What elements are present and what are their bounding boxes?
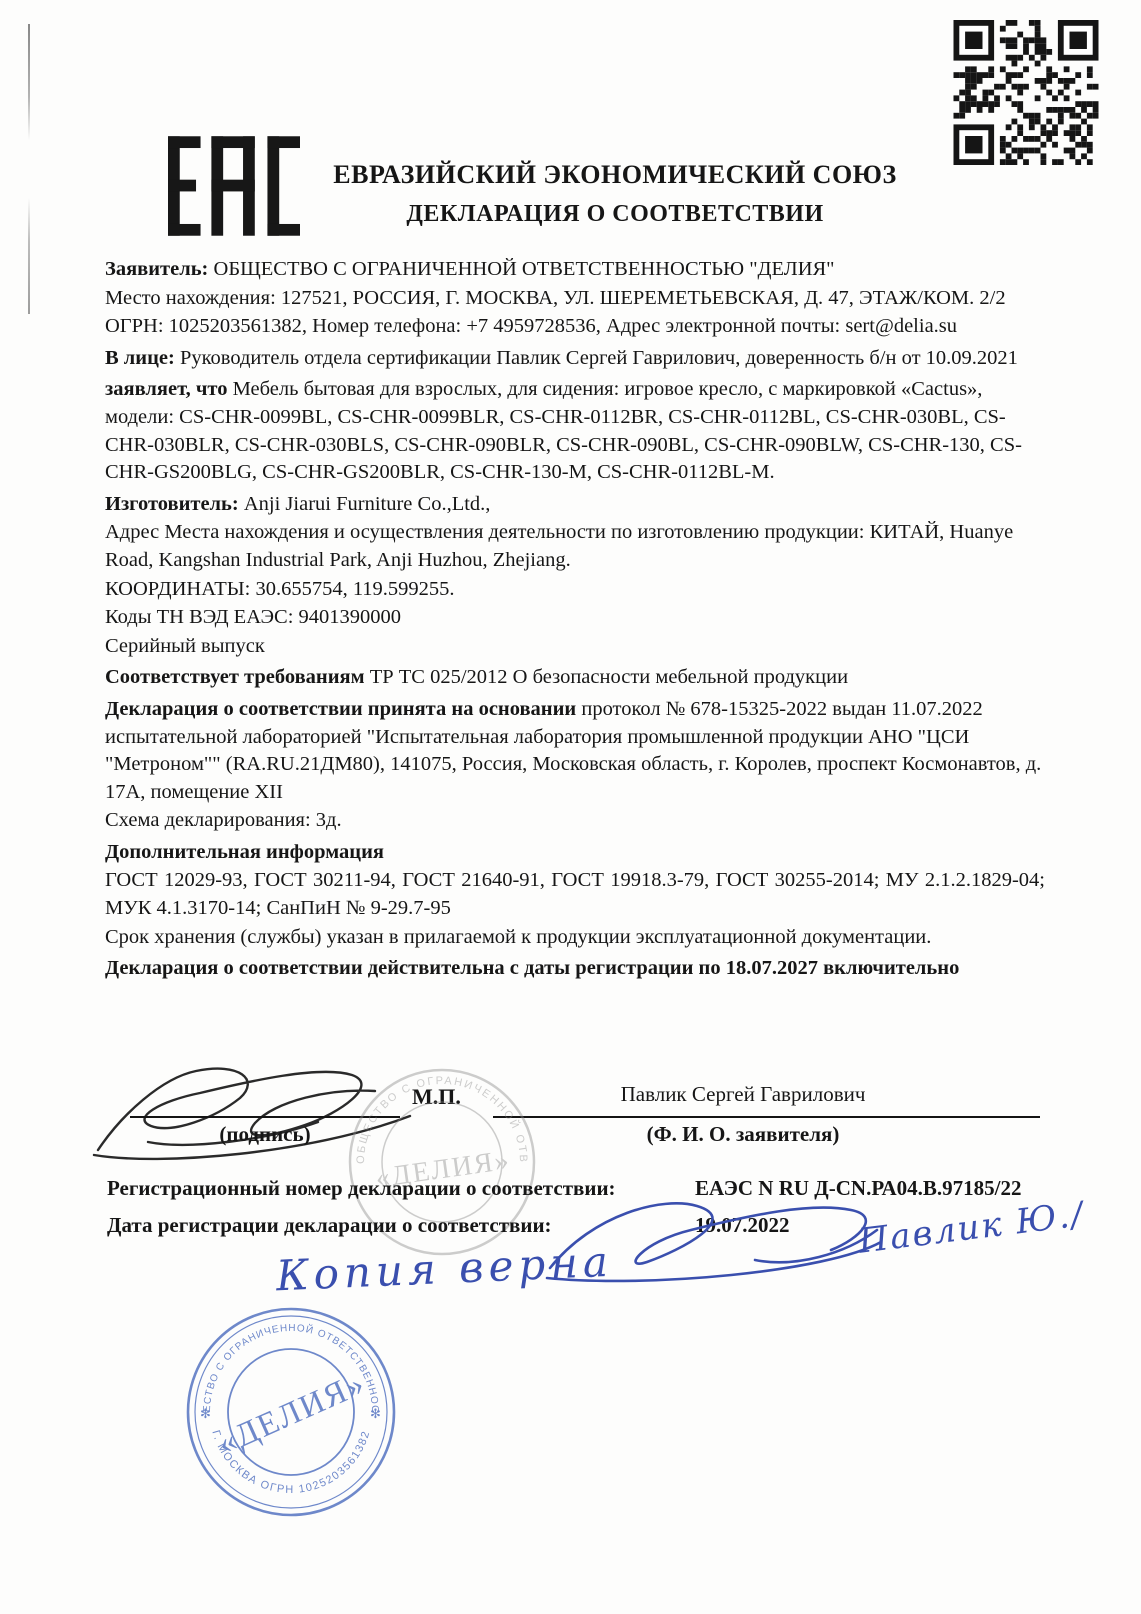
header-title: ЕВРАЗИЙСКИЙ ЭКОНОМИЧЕСКИЙ СОЮЗ — [100, 160, 1130, 190]
registration-date-label: Дата регистрации декларации о соответств… — [107, 1213, 552, 1238]
qr-code — [952, 20, 1100, 165]
document-body: Заявитель: ОБЩЕСТВО С ОГРАНИЧЕННОЙ ОТВЕТ… — [105, 252, 1045, 984]
paragraph-13: Схема декларирования: 3д. — [105, 807, 1045, 835]
paragraph-1-lead: Заявитель: — [105, 258, 208, 280]
paragraph-4-lead: В лице: — [105, 347, 175, 369]
paragraph-2: Место нахождения: 127521, РОССИЯ, Г. МОС… — [105, 285, 1045, 313]
paragraph-14-lead: Дополнительная информация — [105, 841, 384, 863]
paragraph-9-text: Коды ТН ВЭД ЕАЭС: 9401390000 — [105, 606, 401, 628]
paragraph-3-text: ОГРН: 1025203561382, Номер телефона: +7 … — [105, 315, 957, 337]
paragraph-9: Коды ТН ВЭД ЕАЭС: 9401390000 — [105, 604, 1045, 632]
ink-signature-blue — [545, 1190, 885, 1290]
paragraph-5-text: Мебель бытовая для взрослых, для сидения… — [105, 378, 1022, 483]
applicant-caption: (Ф. И. О. заявителя) — [493, 1122, 993, 1147]
paragraph-10-text: Серийный выпуск — [105, 635, 265, 657]
paragraph-10: Серийный выпуск — [105, 633, 1045, 661]
paragraph-11-text: ТР ТС 025/2012 О безопасности мебельной … — [365, 666, 848, 688]
paragraph-17: Декларация о соответствии действительна … — [105, 955, 1045, 983]
paragraph-6-text: Anji Jiarui Furniture Co.,Ltd., — [239, 493, 491, 515]
paragraph-12-lead: Декларация о соответствии принята на осн… — [105, 698, 576, 720]
stamp-star-left-icon: ✻ — [200, 1406, 211, 1421]
applicant-line — [493, 1116, 1040, 1118]
paragraph-16: Срок хранения (службы) указан в прилагае… — [105, 924, 1045, 952]
blue-stamp: ОБЩЕСТВО С ОГРАНИЧЕННОЙ ОТВЕТСТВЕННОСТЬЮ… — [183, 1304, 399, 1520]
paragraph-11: Соответствует требованиям ТР ТС 025/2012… — [105, 664, 1045, 692]
handwritten-name: Павлик Ю./ — [856, 1194, 1086, 1261]
paragraph-7: Адрес Места нахождения и осуществления д… — [105, 519, 1045, 574]
paragraph-1-text: ОБЩЕСТВО С ОГРАНИЧЕННОЙ ОТВЕТСТВЕННОСТЬЮ… — [208, 258, 834, 280]
paragraph-4: В лице: Руководитель отдела сертификации… — [105, 345, 1045, 373]
paragraph-5-lead: заявляет, что — [105, 378, 227, 400]
paragraph-6-lead: Изготовитель: — [105, 493, 239, 515]
paragraph-15-text: ГОСТ 12029-93, ГОСТ 30211-94, ГОСТ 21640… — [105, 869, 1045, 919]
paragraph-13-text: Схема декларирования: 3д. — [105, 809, 342, 831]
paragraph-11-lead: Соответствует требованиям — [105, 666, 365, 688]
paragraph-15: ГОСТ 12029-93, ГОСТ 30211-94, ГОСТ 21640… — [105, 867, 1045, 922]
registration-number-label: Регистрационный номер декларации о соотв… — [107, 1176, 616, 1201]
paragraph-14: Дополнительная информация — [105, 839, 1045, 867]
paragraph-2-text: Место нахождения: 127521, РОССИЯ, Г. МОС… — [105, 287, 1006, 309]
paragraph-8-text: КООРДИНАТЫ: 30.655754, 119.599255. — [105, 578, 455, 600]
paragraph-7-text: Адрес Места нахождения и осуществления д… — [105, 521, 1013, 571]
paragraph-1: Заявитель: ОБЩЕСТВО С ОГРАНИЧЕННОЙ ОТВЕТ… — [105, 256, 1045, 284]
stamp-star-right-icon: ✻ — [370, 1406, 381, 1421]
paragraph-17-lead: Декларация о соответствии действительна … — [105, 957, 959, 979]
paragraph-4-text: Руководитель отдела сертификации Павлик … — [175, 347, 1018, 369]
paragraph-12: Декларация о соответствии принята на осн… — [105, 696, 1045, 806]
paragraph-16-text: Срок хранения (службы) указан в прилагае… — [105, 926, 931, 948]
header-subtitle: ДЕКЛАРАЦИЯ О СООТВЕТСТВИИ — [100, 201, 1130, 228]
scan-scratch-mark — [28, 24, 30, 314]
paragraph-3: ОГРН: 1025203561382, Номер телефона: +7 … — [105, 313, 1045, 341]
paragraph-6: Изготовитель: Anji Jiarui Furniture Co.,… — [105, 491, 1045, 519]
declaration-document: ЕВРАЗИЙСКИЙ ЭКОНОМИЧЕСКИЙ СОЮЗ ДЕКЛАРАЦИ… — [0, 0, 1141, 1614]
applicant-name: Павлик Сергей Гаврилович — [493, 1082, 993, 1107]
paragraph-8: КООРДИНАТЫ: 30.655754, 119.599255. — [105, 576, 1045, 604]
paragraph-5: заявляет, что Мебель бытовая для взрослы… — [105, 376, 1045, 486]
